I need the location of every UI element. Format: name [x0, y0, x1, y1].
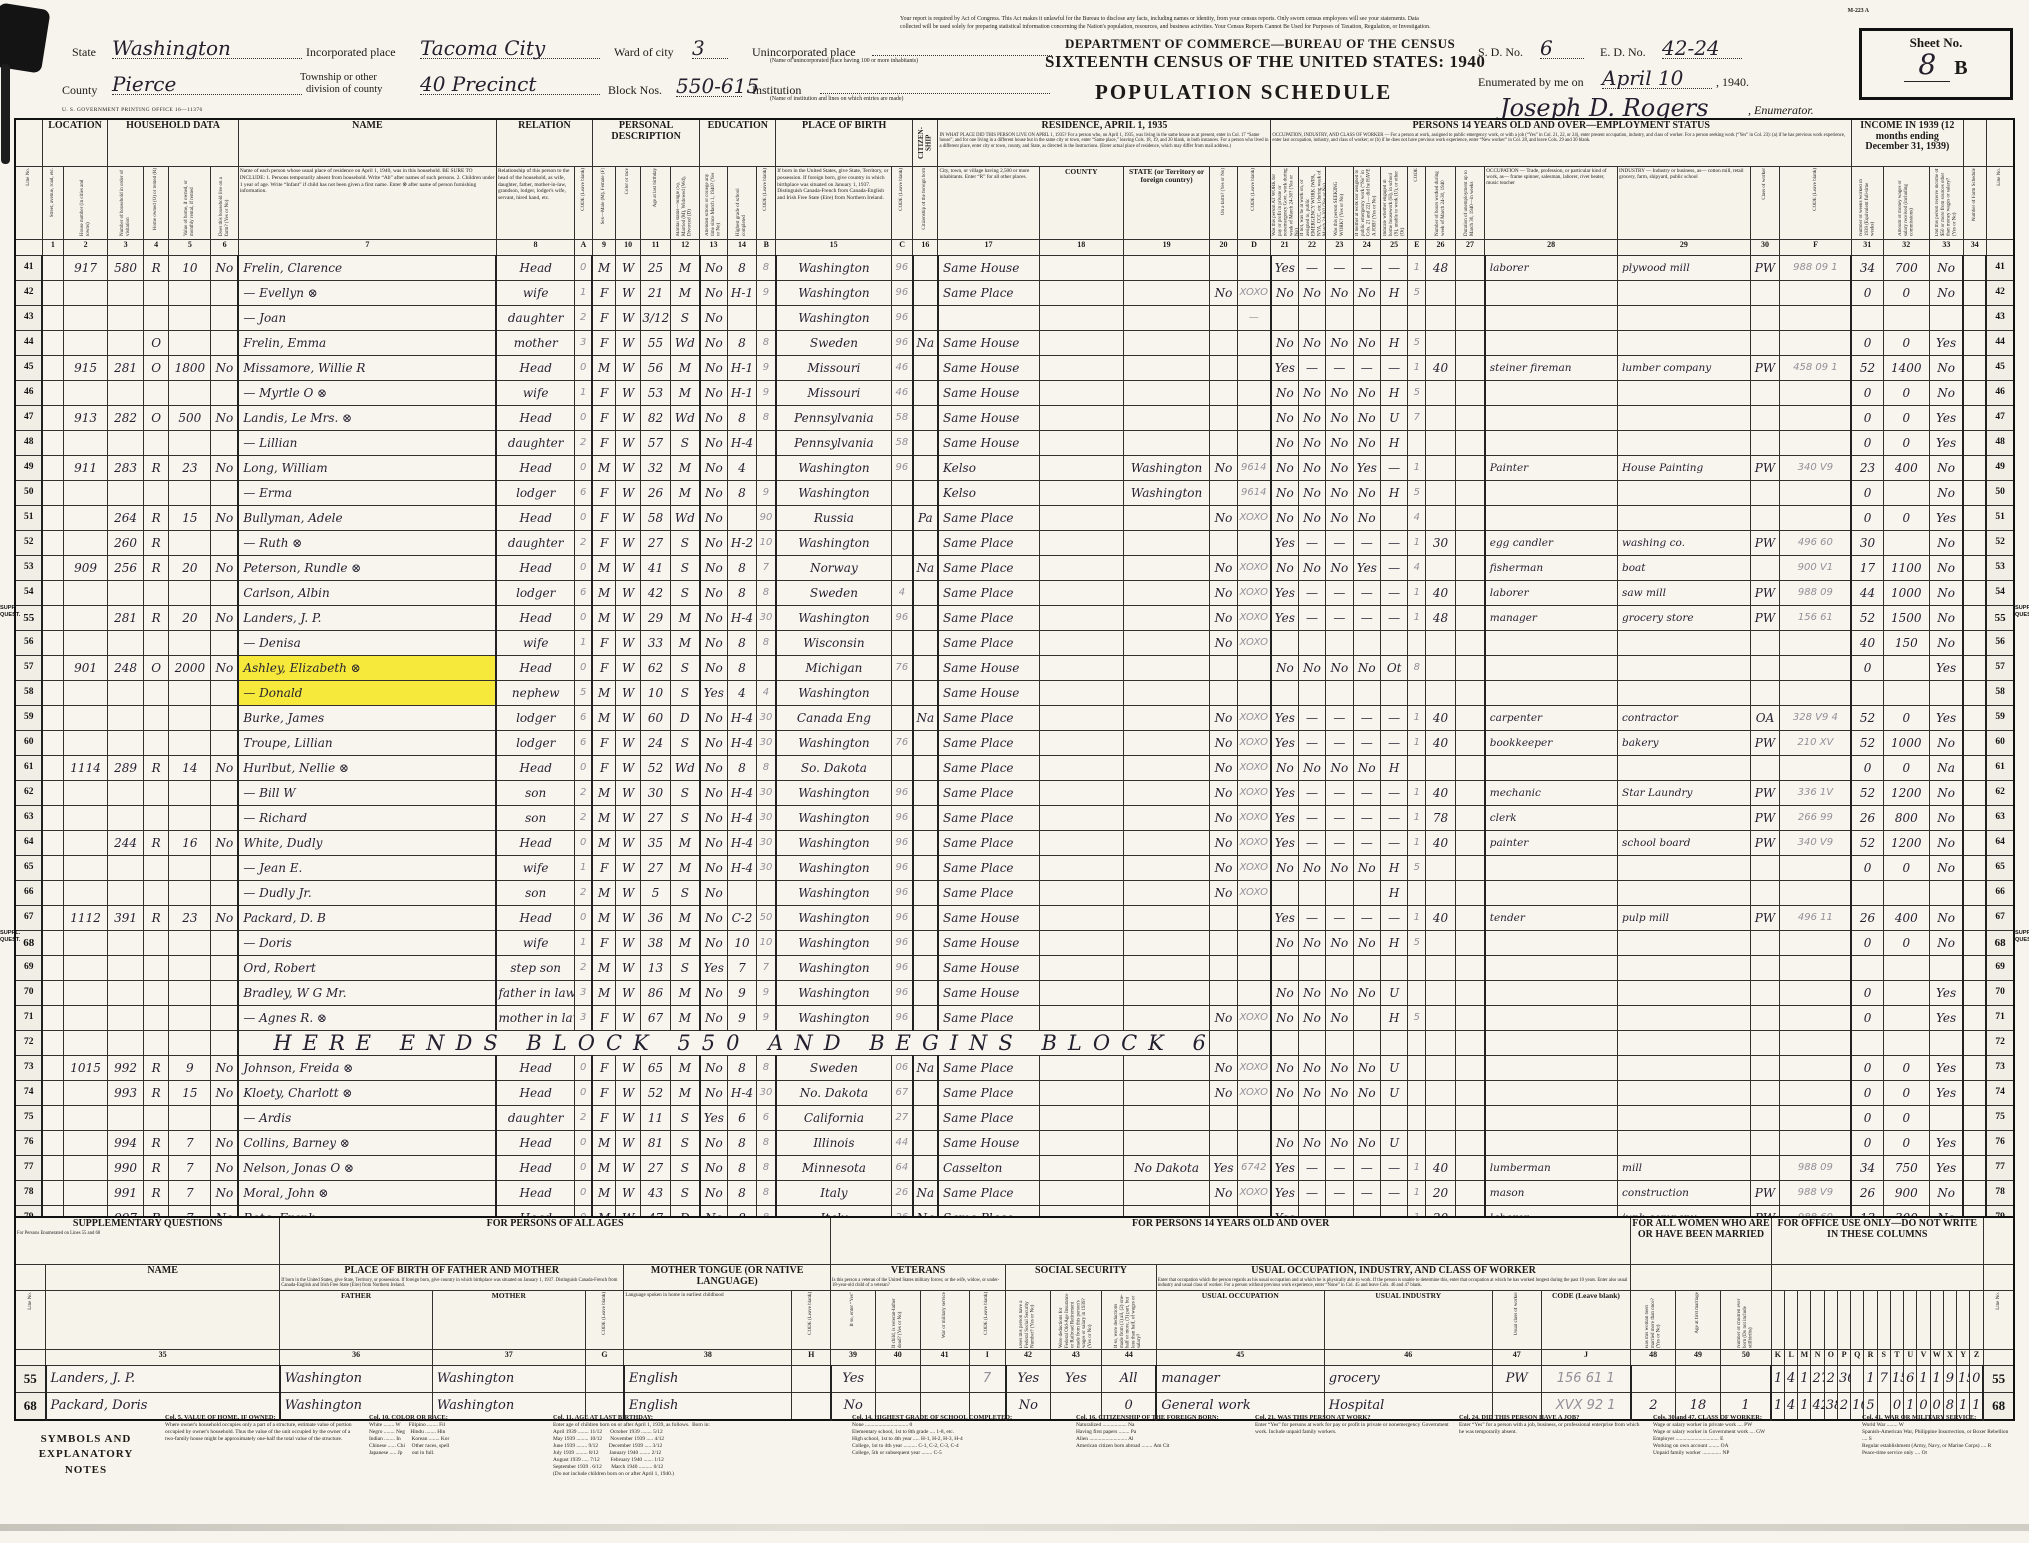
- cell-hr: 40: [1426, 1156, 1456, 1181]
- cell-cz: [913, 381, 938, 406]
- cell-hg: 9: [727, 981, 757, 1006]
- cell-cw: [1750, 431, 1780, 456]
- cell-cf: [1780, 656, 1852, 681]
- cell-w3: No: [1326, 556, 1353, 581]
- cell-w1: No: [1271, 331, 1298, 356]
- cell-w4: No: [1353, 406, 1380, 431]
- cell-cd: XOXO: [1237, 556, 1271, 581]
- cell-hn: [63, 931, 107, 956]
- ci-column-description: CODE (Leave blank): [969, 1290, 1006, 1349]
- cell-re: son: [496, 781, 574, 806]
- cell-fm: No: [211, 406, 238, 431]
- cell-re: wife: [496, 931, 574, 956]
- cell-w3: [1326, 881, 1353, 906]
- cell-rf: No: [1210, 506, 1237, 531]
- wg-column-description: Amount of money wages or salary received…: [1883, 167, 1929, 240]
- cell-w3: [1326, 681, 1353, 706]
- cell-rf: No: [1210, 706, 1237, 731]
- cell-or: [144, 681, 169, 706]
- cell-w4: [1353, 881, 1380, 906]
- o3-column-number: M: [1798, 1349, 1811, 1365]
- cell-st: [42, 331, 63, 356]
- cell-du: [1455, 381, 1485, 406]
- cell-st: [42, 781, 63, 806]
- cell-cz: [913, 831, 938, 856]
- cell-ce: 1: [1408, 531, 1426, 556]
- cell-cr: W: [616, 656, 641, 681]
- rs-column-description: STATE (or Territory or foreign country): [1123, 167, 1209, 240]
- cell-ag: 81: [641, 1131, 671, 1156]
- cell-cf: 328 V9 4: [1780, 706, 1852, 731]
- cell-fs: [1963, 1006, 1986, 1031]
- o1-column-number: K: [1771, 1349, 1784, 1365]
- cell-cz: Na: [913, 1056, 938, 1081]
- cell-as: No: [700, 581, 727, 606]
- cell-w5: —: [1380, 806, 1407, 831]
- cell-ca: 0: [574, 831, 592, 856]
- cell-wk: 52: [1851, 731, 1883, 756]
- cell-cw: PW: [1750, 806, 1780, 831]
- cell-cb: 8: [757, 1056, 776, 1081]
- o9-column-number: S: [1877, 1349, 1890, 1365]
- cj-column-number: J: [1541, 1349, 1631, 1365]
- cell-id: lumber company: [1618, 356, 1751, 381]
- cell-sx: F: [592, 856, 615, 881]
- cell-w5: —: [1380, 1156, 1407, 1181]
- cell-ln2: 48: [1986, 431, 2014, 456]
- cell-ca: 6: [574, 481, 592, 506]
- cell-hr: [1426, 1006, 1456, 1031]
- vh-column-description: Value of home, if owned, or monthly rent…: [169, 167, 211, 240]
- cell-oc: laborer: [1485, 256, 1618, 281]
- cell-hg: 8: [727, 756, 757, 781]
- cell-ag: 56: [641, 356, 671, 381]
- oc-column-number: 28: [1485, 240, 1618, 256]
- cell-ca: 0: [574, 1056, 592, 1081]
- cell-id: House Painting: [1618, 456, 1751, 481]
- cell-wk: 52: [1851, 356, 1883, 381]
- cell-sx: M: [592, 881, 615, 906]
- cell-pb: Washington: [776, 981, 892, 1006]
- cell-oc: egg candler: [1485, 531, 1618, 556]
- cell-cz: [913, 1156, 938, 1181]
- cell-id: [1618, 506, 1751, 531]
- cell-hr: 40: [1426, 581, 1456, 606]
- cell-ce: [1408, 981, 1426, 1006]
- cell-ce: 1: [1408, 581, 1426, 606]
- cell-cf: [1780, 306, 1852, 331]
- o16-column-description: [1970, 1290, 1983, 1349]
- cell-oc: tender: [1485, 906, 1618, 931]
- cell-oi: Yes: [1929, 1081, 1963, 1106]
- cell-nh: [108, 681, 144, 706]
- cell-cb: 8: [757, 1131, 776, 1156]
- cell-cd: [1237, 1031, 1271, 1056]
- explanatory-note-block: Col. 16. CITIZENSHIP OF THE FOREIGN BORN…: [1076, 1414, 1246, 1450]
- cell-hr: [1426, 281, 1456, 306]
- county-value: Pierce: [112, 74, 302, 95]
- cell-cd: XOXO: [1237, 1181, 1271, 1206]
- cell-ln2: 43: [1986, 306, 2014, 331]
- cell-du: [1455, 956, 1485, 981]
- cell-rs: [1123, 656, 1209, 681]
- cell-cd: XOXO: [1237, 281, 1271, 306]
- cell-rc: Same House: [938, 906, 1039, 931]
- cell-nm: — Richard: [238, 806, 496, 831]
- cell-hn: 901: [63, 656, 107, 681]
- cell-cr: W: [616, 456, 641, 481]
- census-title: SIXTEENTH CENSUS OF THE UNITED STATES: 1…: [1045, 52, 1485, 72]
- cell-sx: M: [592, 1131, 615, 1156]
- cell-nh: 248: [108, 656, 144, 681]
- scan-artifact-band: [0, 1524, 2029, 1531]
- cell-w1: No: [1271, 656, 1298, 681]
- cell-mt: S: [670, 531, 700, 556]
- cell-re: mother in law: [496, 1006, 574, 1031]
- cell-cf: 900 V1: [1780, 556, 1852, 581]
- cell-cw: [1750, 306, 1780, 331]
- o13-column-description: [1930, 1290, 1943, 1349]
- cell-ca: 2: [574, 881, 592, 906]
- cell-wg: 700: [1883, 256, 1929, 281]
- cell-ln: 60: [15, 731, 42, 756]
- cell-fs: [1963, 531, 1986, 556]
- cell-w1: Yes: [1271, 531, 1298, 556]
- column-group-header: SOCIAL SECURITY: [1006, 1265, 1157, 1291]
- cell-cb: 30: [757, 606, 776, 631]
- cell-cc: 96: [892, 831, 913, 856]
- cell-rs: [1123, 756, 1209, 781]
- cell-id: [1618, 331, 1751, 356]
- cell-cd: XOXO: [1237, 1081, 1271, 1106]
- cell-ce: [1408, 881, 1426, 906]
- cell-w1: No: [1271, 1056, 1298, 1081]
- cell-vh: [169, 931, 211, 956]
- cell-re: wife: [496, 631, 574, 656]
- cell-cj: 156 61 1: [1541, 1365, 1631, 1392]
- cell-ro: [1039, 681, 1123, 706]
- cell-pb: Russia: [776, 506, 892, 531]
- cell-mt: S: [670, 656, 700, 681]
- ed-value: 42-24: [1662, 38, 1742, 59]
- nm-column-number: 7: [238, 240, 496, 256]
- cell-rc: Same Place: [938, 556, 1039, 581]
- cell-wg: 1200: [1883, 781, 1929, 806]
- v40-column-number: 40: [875, 1349, 920, 1365]
- cell-oc: [1485, 481, 1618, 506]
- cell-wk: 34: [1851, 1156, 1883, 1181]
- column-group-header: INCOME IN 1939 (12 months ending Decembe…: [1851, 119, 1963, 167]
- cell-rf: No: [1210, 631, 1237, 656]
- cell-du: [1455, 531, 1485, 556]
- cell-vh: 2000: [169, 656, 211, 681]
- note-line: Regular establishment (Army, Navy, or Ma…: [1862, 1443, 2012, 1450]
- cell-cw: [1750, 481, 1780, 506]
- cell-w4: [1353, 631, 1380, 656]
- cell-or: [144, 1106, 169, 1131]
- explanatory-note-block: Col. 24. DID THIS PERSON HAVE A JOB?Ente…: [1459, 1414, 1644, 1436]
- cell-hn: [63, 281, 107, 306]
- cell-cw: PW: [1750, 831, 1780, 856]
- re-column-number: 8: [496, 240, 574, 256]
- note-line: Naturalized .................. Na: [1076, 1422, 1246, 1429]
- cell-wk: 26: [1851, 906, 1883, 931]
- cell-hg: 7: [727, 956, 757, 981]
- cell-st: [42, 1156, 63, 1181]
- cell-ag: 60: [641, 706, 671, 731]
- cell-fs: [1963, 331, 1986, 356]
- cell-id: bakery: [1618, 731, 1751, 756]
- cell-cd: [1237, 931, 1271, 956]
- cell-wg: 1000: [1883, 731, 1929, 756]
- cell-w5: [1380, 1106, 1407, 1131]
- cell-hn: [63, 881, 107, 906]
- cell-cw: [1750, 281, 1780, 306]
- cell-ca: 1: [574, 856, 592, 881]
- cell-cc: 96: [892, 956, 913, 981]
- cell-ce: 1: [1408, 831, 1426, 856]
- cell-rf: No: [1210, 1056, 1237, 1081]
- cell-nm: — Erma: [238, 481, 496, 506]
- cell-hg: [727, 306, 757, 331]
- cell-v41: [920, 1365, 969, 1392]
- cell-fs: [1963, 1156, 1986, 1181]
- cell-rf: [1210, 906, 1237, 931]
- cell-ln: 61: [15, 756, 42, 781]
- privacy-notice-line2: collected will be used solely for prepar…: [900, 24, 1660, 31]
- cell-sx: M: [592, 356, 615, 381]
- cell-du: [1455, 981, 1485, 1006]
- cell-wg: 0: [1883, 1131, 1929, 1156]
- cell-nh: 391: [108, 906, 144, 931]
- l38-column-number: 38: [624, 1349, 792, 1365]
- enumerated-date: April 10: [1602, 68, 1712, 89]
- margin-note-supp-quest: SUPP. QUEST.: [2015, 605, 2029, 618]
- cell-ln: 43: [15, 306, 42, 331]
- cell-cz: Na: [913, 1181, 938, 1206]
- cell-w4: —: [1353, 531, 1380, 556]
- cell-cw: [1750, 756, 1780, 781]
- cell-fm: No: [211, 556, 238, 581]
- cell-w2: —: [1298, 781, 1325, 806]
- state-value: Washington: [112, 38, 302, 59]
- cell-oc: [1485, 1031, 1618, 1056]
- cell-wk: 0: [1851, 756, 1883, 781]
- cell-hg: 8: [727, 581, 757, 606]
- cell-re: Head: [496, 406, 574, 431]
- cell-hn: [63, 1156, 107, 1181]
- cell-w5: —: [1380, 1181, 1407, 1206]
- cell-rc: Same Place: [938, 806, 1039, 831]
- cell-pb: Missouri: [776, 356, 892, 381]
- cell-du: [1455, 1156, 1485, 1181]
- cell-w2: No: [1298, 381, 1325, 406]
- cell-cc: 96: [892, 1006, 913, 1031]
- cell-vh: 1800: [169, 356, 211, 381]
- cell-mt: M: [670, 381, 700, 406]
- cell-ro: [1039, 806, 1123, 831]
- cell-cr: W: [616, 756, 641, 781]
- cell-oc: [1485, 631, 1618, 656]
- cell-wk: 40: [1851, 631, 1883, 656]
- cell-ag: 32: [641, 456, 671, 481]
- cell-pb: Washington: [776, 606, 892, 631]
- o5-column-description: [1824, 1290, 1837, 1349]
- cell-hg: 8: [727, 256, 757, 281]
- cell-vh: [169, 981, 211, 1006]
- cell-rs: [1123, 706, 1209, 731]
- cell-w4: [1353, 306, 1380, 331]
- cell-cf: 210 XV: [1780, 731, 1852, 756]
- cell-ce: 1: [1408, 456, 1426, 481]
- cell-wk: 0: [1851, 281, 1883, 306]
- cell-oc: mason: [1485, 1181, 1618, 1206]
- cell-oc: [1485, 1081, 1618, 1106]
- column-group-header: HOUSEHOLD DATA: [108, 119, 239, 167]
- cell-ag: 53: [641, 381, 671, 406]
- cell-nm: Peterson, Rundle ⊗: [238, 556, 496, 581]
- cell-nm35: Landers, J. P.: [46, 1365, 280, 1392]
- cell-cc: 58: [892, 431, 913, 456]
- cell-sx: M: [592, 906, 615, 931]
- cell-fs: [1963, 1056, 1986, 1081]
- cell-wk: 0: [1851, 381, 1883, 406]
- cell-cz: [913, 731, 938, 756]
- cell-fs: [1963, 956, 1986, 981]
- fs-column-number: 34: [1963, 240, 1986, 256]
- cell-re: step son: [496, 956, 574, 981]
- cell-hg: H-1: [727, 381, 757, 406]
- cell-nm: Collins, Barney ⊗: [238, 1131, 496, 1156]
- cell-cr: W: [616, 1056, 641, 1081]
- cell-oi: No: [1929, 281, 1963, 306]
- cell-ca: 0: [574, 656, 592, 681]
- cell-cd: [1237, 956, 1271, 981]
- cell-ro: [1039, 631, 1123, 656]
- cell-cd: [1237, 431, 1271, 456]
- cell-or: R: [144, 606, 169, 631]
- cell-cr: W: [616, 431, 641, 456]
- cell-v39: Yes: [831, 1365, 876, 1392]
- block-nos-value: 550-615: [676, 76, 742, 97]
- cell-w1: Yes: [1271, 256, 1298, 281]
- cell-mt: Wd: [670, 406, 700, 431]
- cell-fs: [1963, 781, 1986, 806]
- cell-oi: No: [1929, 806, 1963, 831]
- cell-w1: No: [1271, 756, 1298, 781]
- note-line: World War ........ W: [1862, 1422, 2012, 1429]
- cell-fs: [1963, 856, 1986, 881]
- cell-ro: [1039, 606, 1123, 631]
- cell-ln2: 66: [1986, 881, 2014, 906]
- cell-ce: 7: [1408, 406, 1426, 431]
- cell-re: Head: [496, 831, 574, 856]
- cell-w5: H: [1380, 381, 1407, 406]
- cell-w4: No: [1353, 331, 1380, 356]
- cell-cz: [913, 681, 938, 706]
- cell-cd: XOXO: [1237, 506, 1271, 531]
- ca-column-description: CODE (Leave blank): [574, 167, 592, 240]
- explanatory-note-block: Cols. 30 and 47. CLASS OF WORKER:Wage or…: [1653, 1414, 1853, 1457]
- cell-sx: F: [592, 306, 615, 331]
- cell-hg: H-2: [727, 531, 757, 556]
- o9-column-description: [1877, 1290, 1890, 1349]
- cell-w1: [1271, 956, 1298, 981]
- cell-oc: laborer: [1485, 581, 1618, 606]
- cell-fs: [1963, 706, 1986, 731]
- cell-id: washing co.: [1618, 531, 1751, 556]
- cell-or: R: [144, 456, 169, 481]
- cell-rf: No: [1210, 1081, 1237, 1106]
- cell-oc: [1485, 931, 1618, 956]
- cell-ro: [1039, 406, 1123, 431]
- cell-id: [1618, 681, 1751, 706]
- cell-fm: No: [211, 1156, 238, 1181]
- cell-hn: [63, 1006, 107, 1031]
- cell-cf: 458 09 1: [1780, 356, 1852, 381]
- note-line: Peace-time service only .... Ot: [1862, 1450, 2012, 1457]
- cell-cb: 8: [757, 406, 776, 431]
- cell-id: [1618, 931, 1751, 956]
- cell-or: [144, 581, 169, 606]
- cell-ro: [1039, 656, 1123, 681]
- cell-hn: [63, 431, 107, 456]
- cell-wk: 0: [1851, 1056, 1883, 1081]
- cell-cd: [1237, 356, 1271, 381]
- cell-ln: 54: [15, 581, 42, 606]
- cell-mt: M: [670, 631, 700, 656]
- cell-hn: [63, 1106, 107, 1131]
- o12-column-description: [1917, 1290, 1930, 1349]
- hg-column-number: 14: [727, 240, 757, 256]
- cell-ce: 4: [1408, 506, 1426, 531]
- cell-cf: [1780, 956, 1852, 981]
- cell-ln2: 42: [1986, 281, 2014, 306]
- cell-w2: No: [1298, 981, 1325, 1006]
- note-line: Negro ........ Neg Hindu ........ Hin: [369, 1429, 544, 1436]
- cell-w1: Yes: [1271, 581, 1298, 606]
- cell-w2: No: [1298, 431, 1325, 456]
- cell-ln2: 67: [1986, 906, 2014, 931]
- cell-rf: [1210, 356, 1237, 381]
- cell-re: nephew: [496, 681, 574, 706]
- cell-fs: [1963, 631, 1986, 656]
- cell-re: son: [496, 881, 574, 906]
- cell-cd: XOXO: [1237, 606, 1271, 631]
- cell-oc: [1485, 1131, 1618, 1156]
- cell-w1: Yes: [1271, 831, 1298, 856]
- cell-id: [1618, 1031, 1751, 1056]
- cell-rc: Same House: [938, 981, 1039, 1006]
- cell-w2: —: [1298, 531, 1325, 556]
- cell-ca: 0: [574, 906, 592, 931]
- cell-cb: 90: [757, 506, 776, 531]
- cell-cf: [1780, 481, 1852, 506]
- cell-cw: [1750, 1106, 1780, 1131]
- cell-ln: 44: [15, 331, 42, 356]
- schedule-title: POPULATION SCHEDULE: [1095, 80, 1392, 105]
- cell-ca: 2: [574, 306, 592, 331]
- cell-hr: [1426, 506, 1456, 531]
- cell-sx: F: [592, 481, 615, 506]
- cell-vh: [169, 431, 211, 456]
- cell-cb: 30: [757, 831, 776, 856]
- cell-du: [1455, 456, 1485, 481]
- ui-column-number: 46: [1324, 1349, 1492, 1365]
- explanatory-note-block: Col. 10. COLOR OR RACE:White ........ W …: [369, 1414, 544, 1457]
- cell-mt: M: [670, 606, 700, 631]
- cell-mt: M: [670, 281, 700, 306]
